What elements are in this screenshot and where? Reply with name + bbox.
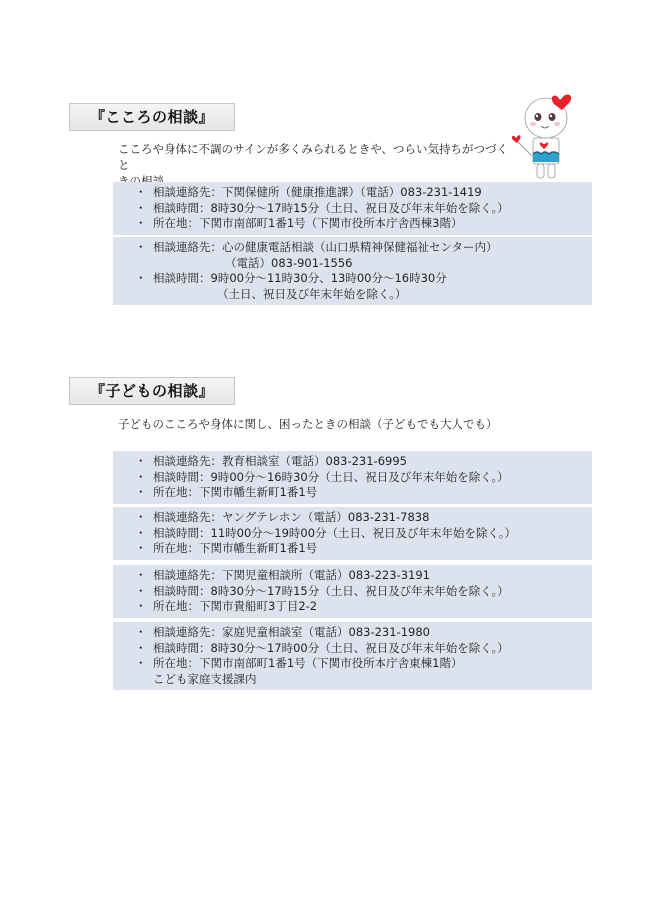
contact-line: 相談連絡先：教育相談室（電話）083-231-6995 — [137, 454, 592, 470]
info-box-young-telephone: 相談連絡先：ヤングテレホン（電話）083-231-7838 相談時間：11時00… — [113, 507, 592, 560]
address-line: 所在地：下関市南部町1番1号（下関市役所本庁舎東棟1階） — [137, 656, 592, 672]
hours-line: 相談時間：8時30分～17時15分（土日、祝日及び年末年始を除く。） — [137, 201, 592, 217]
section-title-kokoro: 『こころの相談』 — [69, 103, 235, 131]
address-line: 所在地：下関市南部町1番1号（下関市役所本庁舎西棟3階） — [137, 216, 592, 232]
contact-line: 相談連絡先：心の健康電話相談（山口県精神保健福祉センター内） — [137, 240, 592, 256]
contact-line: 相談連絡先：下関保健所（健康推進課）（電話）083-231-1419 — [137, 185, 592, 201]
hours-line: 相談時間：9時00分～11時30分、13時00分～16時30分 — [137, 271, 592, 287]
contact-line: 相談連絡先：家庭児童相談室（電話）083-231-1980 — [137, 625, 592, 641]
address-note-line: こども家庭支援課内 — [137, 672, 592, 688]
hours-note-line: （土日、祝日及び年末年始を除く。） — [137, 287, 592, 303]
hours-line: 相談時間：9時00分～16時30分（土日、祝日及び年末年始を除く。） — [137, 470, 592, 486]
address-line: 所在地：下関市幡生新町1番1号 — [137, 485, 592, 501]
description-line: こころや身体に不調のサインが多くみられるときや、つらい気持ちがつづくと — [118, 141, 508, 173]
info-box-hokenjo: 相談連絡先：下関保健所（健康推進課）（電話）083-231-1419 相談時間：… — [113, 182, 592, 235]
hours-line: 相談時間：8時30分～17時00分（土日、祝日及び年末年始を除く。） — [137, 641, 592, 657]
hours-line: 相談時間：11時00分～19時00分（土日、祝日及び年末年始を除く。） — [137, 526, 592, 542]
mascot-illustration — [510, 88, 582, 184]
contact-phone-line: （電話）083-901-1556 — [137, 256, 592, 272]
info-box-kokoro-denwa: 相談連絡先：心の健康電話相談（山口県精神保健福祉センター内） （電話）083-9… — [113, 237, 592, 305]
address-line: 所在地：下関市貴船町3丁目2-2 — [137, 599, 592, 615]
address-line: 所在地：下関市幡生新町1番1号 — [137, 541, 592, 557]
info-box-kyoiku: 相談連絡先：教育相談室（電話）083-231-6995 相談時間：9時00分～1… — [113, 451, 592, 504]
section-description-kodomo: 子どものこころや身体に関し、困ったときの相談（子どもでも大人でも） — [118, 416, 568, 432]
section-title-kodomo: 『子どもの相談』 — [69, 377, 235, 405]
hours-line: 相談時間：8時30分～17時15分（土日、祝日及び年末年始を除く。） — [137, 584, 592, 600]
contact-line: 相談連絡先：下関児童相談所（電話）083-223-3191 — [137, 568, 592, 584]
contact-line: 相談連絡先：ヤングテレホン（電話）083-231-7838 — [137, 510, 592, 526]
info-box-jido-sodanjo: 相談連絡先：下関児童相談所（電話）083-223-3191 相談時間：8時30分… — [113, 565, 592, 618]
info-box-katei-jido: 相談連絡先：家庭児童相談室（電話）083-231-1980 相談時間：8時30分… — [113, 622, 592, 690]
